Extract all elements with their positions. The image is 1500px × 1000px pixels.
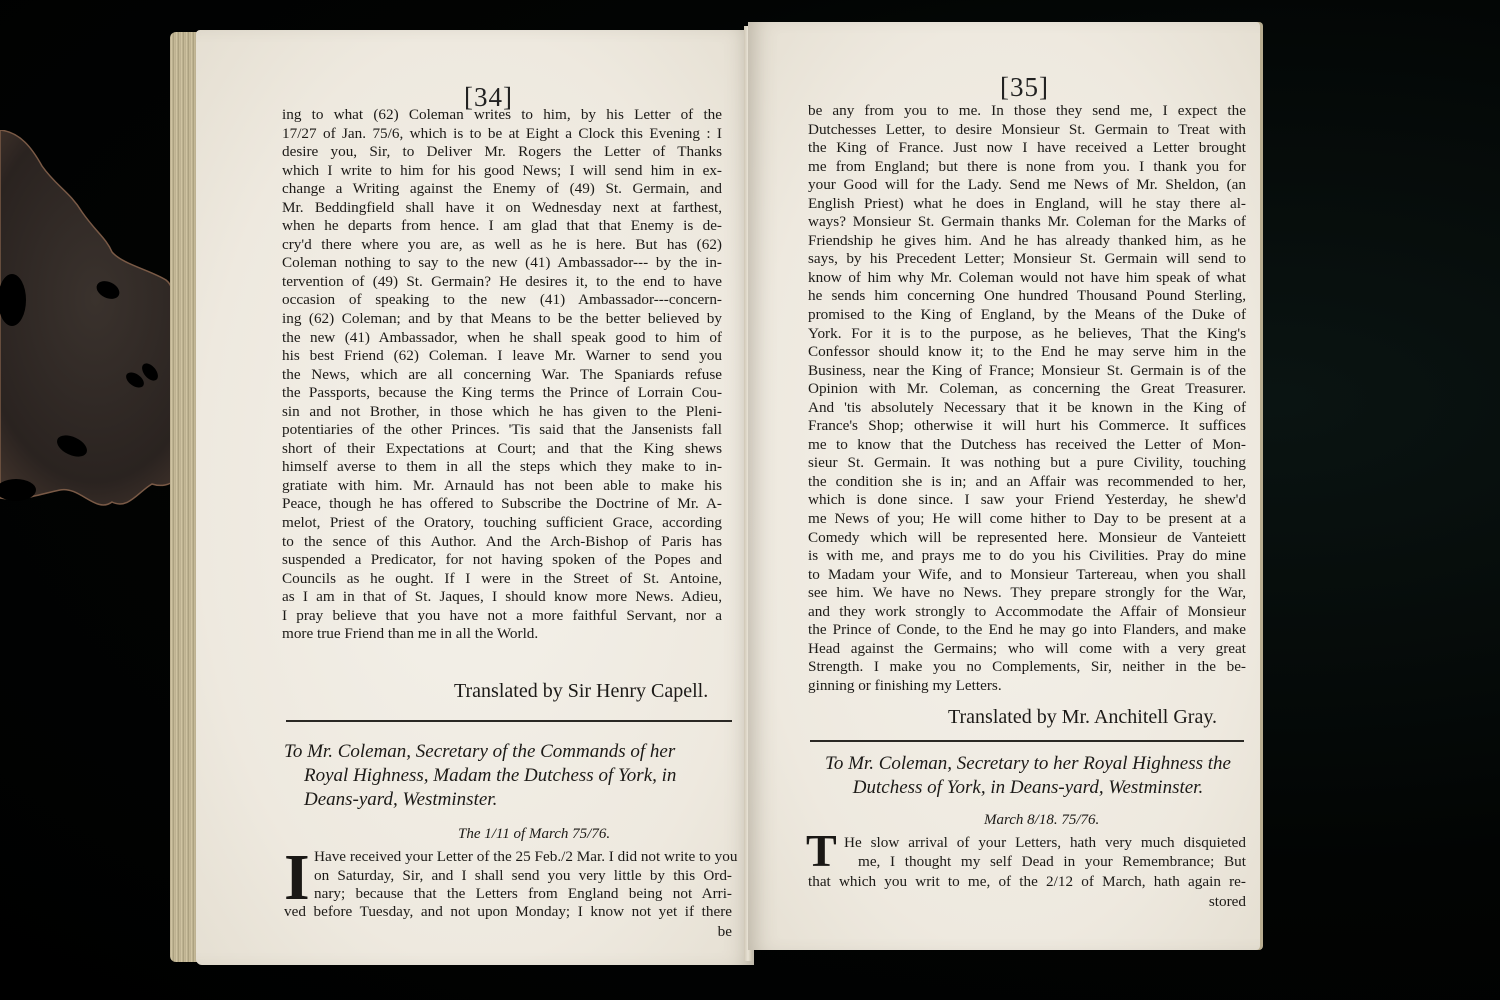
page-34: [34] ing to what (62) Coleman writes to … (196, 30, 754, 965)
letter-body-text-cont: ved before Tuesday, and not upon Monday;… (284, 903, 732, 922)
text-line: Dutchesses Letter, to desire Monsieur St… (808, 121, 1246, 140)
text-line: cry'd there where you are, as well as he… (282, 236, 722, 255)
text-line: melot, Priest of the Oratory, touching s… (282, 514, 722, 533)
text-line: desire you, Sir, to Deliver Mr. Rogers t… (282, 143, 722, 162)
text-line: Business, near the King of France; Monsi… (808, 362, 1246, 381)
text-line: Confessor should know it; to the End he … (808, 343, 1246, 362)
catchword: stored (1209, 893, 1246, 912)
text-line: tervention of (49) St. Germain? He desir… (282, 273, 722, 292)
letter-date: March 8/18. 75/76. (984, 812, 1099, 829)
address-line: To Mr. Coleman, Secretary of the Command… (284, 740, 732, 764)
text-line: when he departs from hence. I am glad th… (282, 217, 722, 236)
text-line: Strength. I make you no Complements, Sir… (808, 658, 1246, 677)
text-line: me, I thought my self Dead in your Remem… (858, 853, 1246, 872)
text-line: the News, which are all concerning War. … (282, 366, 722, 385)
text-line: to Madam your Wife, and to Monsieur Tart… (808, 566, 1246, 585)
address-line: To Mr. Coleman, Secretary to her Royal H… (810, 752, 1246, 776)
text-line: Head against the Germains; who will come… (808, 640, 1246, 659)
text-line: short of their Expectations at Court; an… (282, 440, 722, 459)
text-line: France's Shop; otherwise it will hurt hi… (808, 417, 1246, 436)
text-line: 17/27 of Jan. 75/6, which is to be at Ei… (282, 125, 722, 144)
text-line: Have received your Letter of the 25 Feb.… (314, 848, 732, 867)
text-line: nary; because that the Letters from Engl… (314, 885, 732, 904)
text-line: Opinion with Mr. Coleman, as concerning … (808, 380, 1246, 399)
text-line: your Good will for the Lady. Send me New… (808, 176, 1246, 195)
text-line: gratiate with him. Mr. Arnauld has not b… (282, 477, 722, 496)
section-divider (810, 740, 1244, 742)
text-line: that which you writ to me, of the 2/12 o… (808, 873, 1246, 892)
text-line: which is done since. I saw your Friend Y… (808, 491, 1246, 510)
text-line: ing (62) Coleman; and by that Means to b… (282, 310, 722, 329)
text-line: English Priest) what he does in England,… (808, 195, 1246, 214)
text-line: And 'tis absolutely Necessary that it be… (808, 399, 1246, 418)
text-line: Councils as he ought. If I were in the S… (282, 570, 722, 589)
letter-continuation-text: be any from you to me. In those they sen… (808, 102, 1246, 696)
text-line: which I write to him for his good News; … (282, 162, 722, 181)
text-line: Comedy which will be represented here. M… (808, 529, 1246, 548)
text-line: more true Friend than me in all the Worl… (282, 625, 722, 644)
text-line: see him. We have no News. They prepare s… (808, 584, 1246, 603)
text-line: himself averse to them in all the steps … (282, 458, 722, 477)
text-line: Peace, though he has offered to Subscrib… (282, 495, 722, 514)
text-line: as I am in that of St. Jaques, I should … (282, 588, 722, 607)
text-line: York. For it is to the purpose, as he be… (808, 325, 1246, 344)
text-line: change a Writing against the Enemy of (4… (282, 180, 722, 199)
letter-body-text: me, I thought my self Dead in your Remem… (858, 853, 1246, 872)
text-line: on Saturday, Sir, and I shall send you v… (314, 867, 732, 886)
translator-signature: Translated by Mr. Anchitell Gray. (948, 706, 1217, 729)
text-line: suspended a Predicator, for not having s… (282, 551, 722, 570)
text-line: ved before Tuesday, and not upon Monday;… (284, 903, 732, 922)
drop-cap: I (284, 848, 310, 908)
address-line: Royal Highness, Madam the Dutchess of Yo… (284, 764, 732, 788)
letter-date: The 1/11 of March 75/76. (458, 826, 610, 843)
letter-address: To Mr. Coleman, Secretary of the Command… (284, 740, 732, 812)
text-line: ways? Monsieur St. Germain thanks Mr. Co… (808, 213, 1246, 232)
letter-continuation-text: ing to what (62) Coleman writes to him, … (282, 106, 722, 644)
translator-signature: Translated by Sir Henry Capell. (454, 680, 708, 703)
text-line: potentiaries of the other Princes. 'Tis … (282, 421, 722, 440)
section-divider (286, 720, 732, 722)
catchword: be (718, 923, 732, 942)
text-line: the condition she is in; and an Affair w… (808, 473, 1246, 492)
text-line: is with me, and prays me to do you his C… (808, 547, 1246, 566)
address-line: Deans-yard, Westminster. (284, 788, 732, 812)
text-line: the Passports, because the King terms th… (282, 384, 722, 403)
text-line: me from England; but there is none from … (808, 158, 1246, 177)
letter-body-text: He slow arrival of your Letters, hath ve… (844, 834, 1246, 853)
text-line: me News of you; He will come hither to D… (808, 510, 1246, 529)
text-line: the King of France. Just now I have rece… (808, 139, 1246, 158)
text-line: he sends him concerning One hundred Thou… (808, 287, 1246, 306)
page-number: [35] (1000, 72, 1049, 103)
text-line: He slow arrival of your Letters, hath ve… (844, 834, 1246, 853)
address-line: Dutchess of York, in Deans-yard, Westmin… (810, 776, 1246, 800)
text-line: I pray believe that you have not a more … (282, 607, 722, 626)
text-line: and they work strongly to Accommodate th… (808, 603, 1246, 622)
text-line: Friendship he gives him. And he has alre… (808, 232, 1246, 251)
letter-body-text-cont: that which you writ to me, of the 2/12 o… (808, 873, 1246, 892)
text-line: occasion of speaking to the new (41) Amb… (282, 291, 722, 310)
text-line: Mr. Beddingfield shall have it on Wednes… (282, 199, 722, 218)
text-line: Coleman nothing to say to the new (41) A… (282, 254, 722, 273)
text-line: the Prince of Conde, to the End he may g… (808, 621, 1246, 640)
open-book: [34] ing to what (62) Coleman writes to … (170, 22, 1260, 972)
text-line: his best Friend (62) Coleman. I leave Mr… (282, 347, 722, 366)
letter-address: To Mr. Coleman, Secretary to her Royal H… (810, 752, 1246, 800)
text-line: to the sence of this Author. And the Arc… (282, 533, 722, 552)
drop-cap: T (806, 830, 837, 872)
text-line: promised to the King of England, by the … (808, 306, 1246, 325)
text-line: says, by his Precedent Letter; Monsieur … (808, 250, 1246, 269)
text-line: me to know that the Dutchess has receive… (808, 436, 1246, 455)
page-35: [35] be any from you to me. In those the… (748, 22, 1260, 950)
text-line: sin and not Brother, in those which he h… (282, 403, 722, 422)
text-line: ing to what (62) Coleman writes to him, … (282, 106, 722, 125)
text-line: the new (41) Ambassador, when he shall s… (282, 329, 722, 348)
text-line: ginning or finishing my Letters. (808, 677, 1246, 696)
text-line: know of him why Mr. Coleman would not ha… (808, 269, 1246, 288)
text-line: be any from you to me. In those they sen… (808, 102, 1246, 121)
letter-body-text: Have received your Letter of the 25 Feb.… (314, 848, 732, 904)
text-line: sieur St. Germain. It was nothing but a … (808, 454, 1246, 473)
